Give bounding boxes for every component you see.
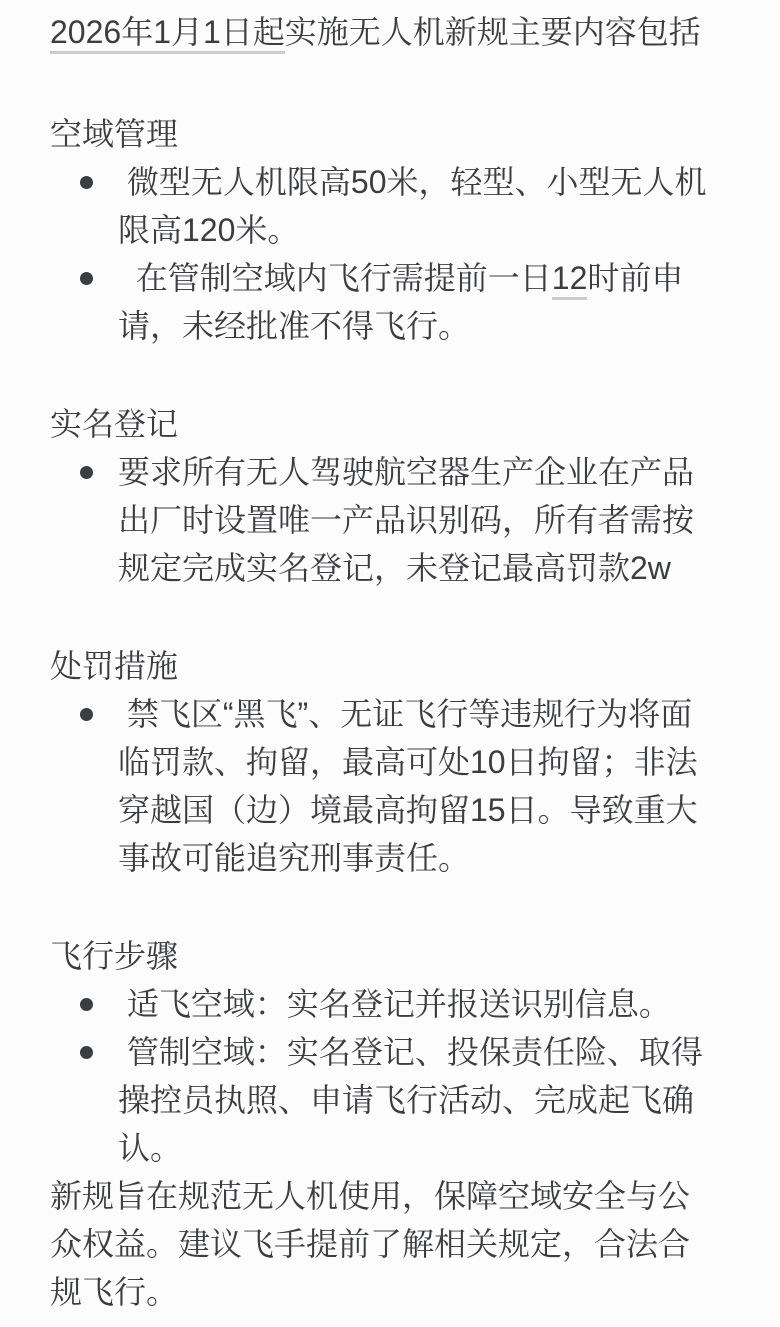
list-item-text: 禁飞区“黑飞”、无证飞行等违规行为将面临罚款、拘留，最高可处10日拘留；非法穿越… xyxy=(118,696,698,876)
list-item: 适飞空域：实名登记并报送识别信息。 xyxy=(50,980,710,1028)
bullet-dot xyxy=(80,272,93,285)
bullet-list: 微型无人机限高50米，轻型、小型无人机限高120米。 在管制空域内飞行需提前一日… xyxy=(50,158,710,350)
page-title: 2026年1月1日起实施无人机新规主要内容包括 xyxy=(50,8,710,56)
list-item: 要求所有无人驾驶航空器生产企业在产品出厂时设置唯一产品识别码，所有者需按规定完成… xyxy=(50,448,710,592)
list-item: 在管制空域内飞行需提前一日12时前申请，未经批准不得飞行。 xyxy=(50,254,710,350)
section-heading: 飞行步骤 xyxy=(50,932,710,980)
list-item-text: 微型无人机限高50米，轻型、小型无人机限高120米。 xyxy=(118,164,707,248)
bullet-dot xyxy=(80,998,93,1011)
list-item-text-pre: 在管制空域内飞行需提前一日 xyxy=(118,260,552,296)
underlined-text: 12 xyxy=(552,260,588,300)
list-item-text: 适飞空域：实名登记并报送识别信息。 xyxy=(118,986,671,1022)
bullet-dot xyxy=(80,176,93,189)
list-item: 管制空域：实名登记、投保责任险、取得操控员执照、申请飞行活动、完成起飞确认。 xyxy=(50,1028,710,1172)
bullet-dot xyxy=(80,466,93,479)
section-heading: 空域管理 xyxy=(50,110,710,158)
section-flight-steps: 飞行步骤 适飞空域：实名登记并报送识别信息。 管制空域：实名登记、投保责任险、取… xyxy=(50,932,710,1172)
bullet-dot xyxy=(80,708,93,721)
bullet-list: 要求所有无人驾驶航空器生产企业在产品出厂时设置唯一产品识别码，所有者需按规定完成… xyxy=(50,448,710,592)
document-page: 2026年1月1日起实施无人机新规主要内容包括 空域管理 微型无人机限高50米，… xyxy=(0,0,780,1316)
section-airspace-management: 空域管理 微型无人机限高50米，轻型、小型无人机限高120米。 在管制空域内飞行… xyxy=(50,110,710,350)
list-item: 微型无人机限高50米，轻型、小型无人机限高120米。 xyxy=(50,158,710,254)
list-item-text: 要求所有无人驾驶航空器生产企业在产品出厂时设置唯一产品识别码，所有者需按规定完成… xyxy=(118,454,694,586)
section-penalties: 处罚措施 禁飞区“黑飞”、无证飞行等违规行为将面临罚款、拘留，最高可处10日拘留… xyxy=(50,642,710,882)
bullet-list: 禁飞区“黑飞”、无证飞行等违规行为将面临罚款、拘留，最高可处10日拘留；非法穿越… xyxy=(50,690,710,882)
closing-paragraph: 新规旨在规范无人机使用，保障空域安全与公众权益。建议飞手提前了解相关规定，合法合… xyxy=(50,1172,710,1316)
section-real-name-registration: 实名登记 要求所有无人驾驶航空器生产企业在产品出厂时设置唯一产品识别码，所有者需… xyxy=(50,400,710,592)
list-item: 禁飞区“黑飞”、无证飞行等违规行为将面临罚款、拘留，最高可处10日拘留；非法穿越… xyxy=(50,690,710,882)
list-item-text: 管制空域：实名登记、投保责任险、取得操控员执照、申请飞行活动、完成起飞确认。 xyxy=(118,1034,703,1166)
title-rest: 实施无人机新规主要内容包括 xyxy=(285,14,701,50)
section-heading: 处罚措施 xyxy=(50,642,710,690)
bullet-list: 适飞空域：实名登记并报送识别信息。 管制空域：实名登记、投保责任险、取得操控员执… xyxy=(50,980,710,1172)
section-heading: 实名登记 xyxy=(50,400,710,448)
title-date-underlined: 2026年1月1日起 xyxy=(50,14,285,54)
bullet-dot xyxy=(80,1046,93,1059)
